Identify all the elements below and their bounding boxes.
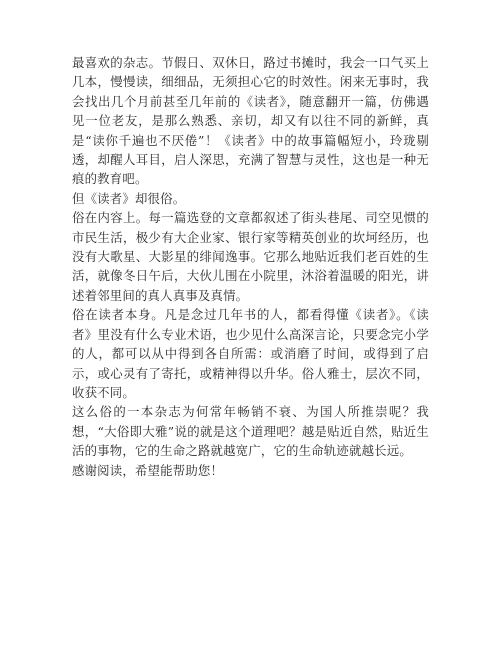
paragraph-conclusion: 这么俗的一本杂志为何常年畅销不衰、为国人所推崇呢？我想，“大俗即大雅”说的就是这… — [72, 402, 429, 460]
document-body: 最喜欢的杂志。节假日、双休日，路过书摊时，我会一口气买上几本，慢慢读，细细品，无… — [72, 53, 429, 480]
paragraph-but-vulgar: 但《读者》却很俗。 — [72, 189, 429, 208]
paragraph-readers-vulgar: 俗在读者本身。凡是念过几年书的人，都看得懂《读者》。《读者》里没有什么专业术语，… — [72, 305, 429, 402]
paragraph-thanks: 感谢阅读，希望能帮助您！ — [72, 461, 429, 480]
paragraph-content-vulgar: 俗在内容上。每一篇选登的文章都叙述了街头巷尾、司空见惯的市民生活，极少有大企业家… — [72, 208, 429, 305]
paragraph-reading-habits: 最喜欢的杂志。节假日、双休日，路过书摊时，我会一口气买上几本，慢慢读，细细品，无… — [72, 53, 429, 189]
